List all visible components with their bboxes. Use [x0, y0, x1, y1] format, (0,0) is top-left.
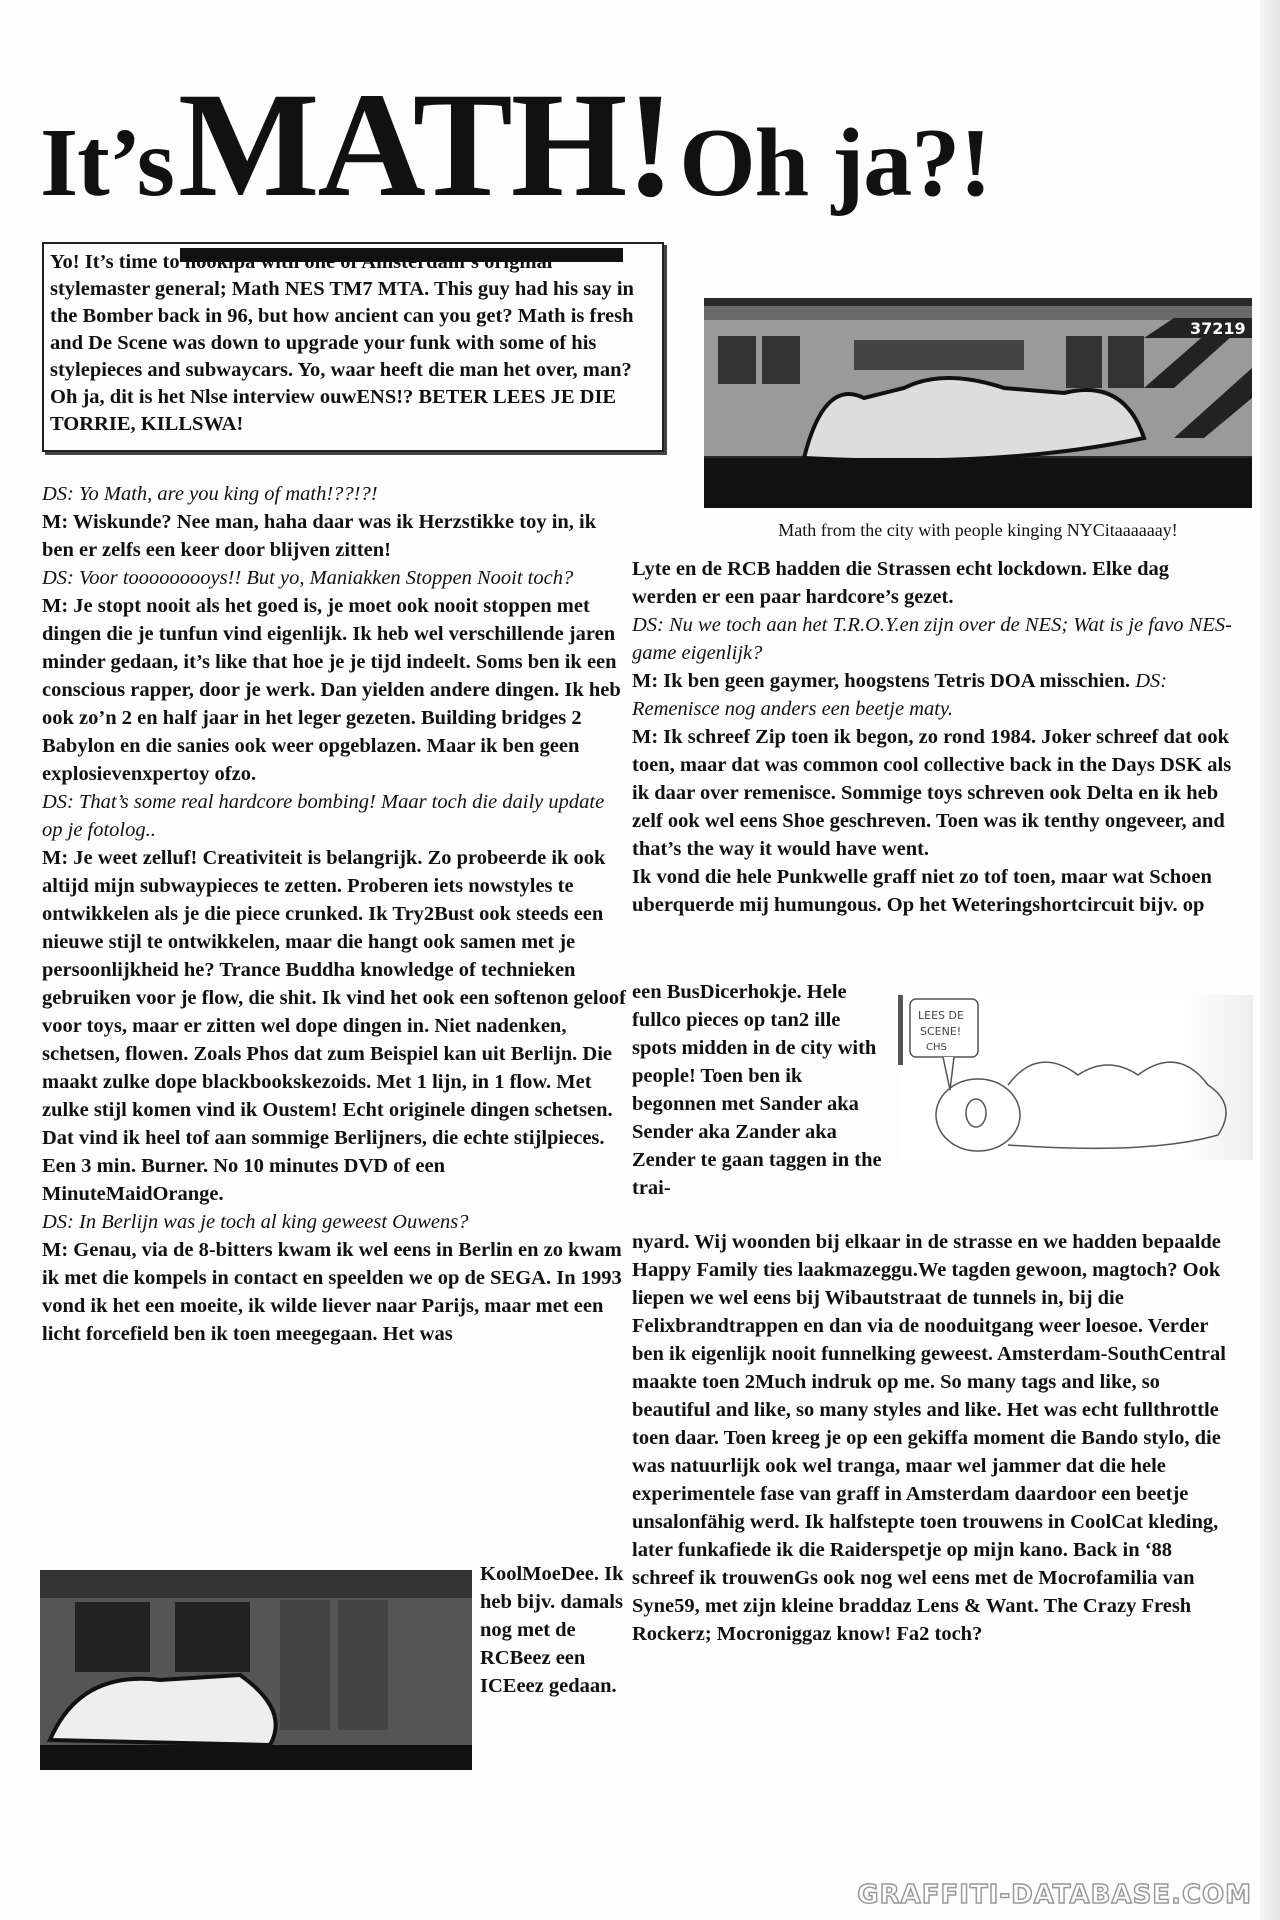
sketch-image: LEES DE SCENE! CHS [898, 995, 1253, 1160]
magazine-page: It’s MATH! Oh ja?! Yo! It’s time to hook… [0, 0, 1280, 1920]
right-column-bottom: nyard. Wij woonden bij elkaar in de stra… [632, 1228, 1237, 1648]
answer: M: Je weet zelluf! Creativiteit is belan… [42, 844, 627, 1208]
question: DS: Voor tooooooooys!! But yo, Maniakken… [42, 564, 627, 592]
right-column-top: Lyte en de RCB hadden die Strassen echt … [632, 555, 1237, 919]
answer: M: Wiskunde? Nee man, haha daar was ik H… [42, 508, 627, 564]
watermark: GRAFFITI-DATABASE.COM [857, 1880, 1252, 1910]
title-math-text: MATH [178, 62, 626, 228]
title-its: It’s [40, 109, 174, 217]
subway-car-graffiti-image: 37219 [704, 298, 1252, 508]
left-column: DS: Yo Math, are you king of math!??!?! … [42, 480, 627, 1348]
svg-text:LEES DE: LEES DE [918, 1009, 964, 1022]
question: DS: Nu we toch aan het T.R.O.Y.en zijn o… [632, 611, 1237, 667]
car-number: 37219 [1190, 319, 1246, 338]
answer-text: M: Ik ben geen gaymer, hoogstens Tetris … [632, 670, 1130, 692]
answer: Ik vond die hele Punkwelle graff niet zo… [632, 863, 1237, 919]
page-title: It’s MATH! Oh ja?! [40, 70, 991, 220]
intro-box: Yo! It’s time to hookipa with one of Ams… [42, 242, 664, 452]
answer: M: Je stopt nooit als het goed is, je mo… [42, 592, 627, 788]
question: DS: In Berlijn was je toch al king gewee… [42, 1208, 627, 1236]
answer: nyard. Wij woonden bij elkaar in de stra… [632, 1228, 1237, 1648]
answer: M: Genau, via de 8-bitters kwam ik wel e… [42, 1236, 627, 1348]
page-edge [1260, 0, 1280, 1920]
answer: M: Ik schreef Zip toen ik begon, zo rond… [632, 723, 1237, 863]
answer: Lyte en de RCB hadden die Strassen echt … [632, 555, 1237, 611]
photo-caption: Math from the city with people kinging N… [704, 520, 1252, 541]
right-wrap-text: een BusDicerhokje. Hele fullco pieces op… [632, 978, 887, 1202]
train-photo-berlin [40, 1570, 472, 1770]
question: DS: That’s some real hardcore bombing! M… [42, 788, 627, 844]
svg-text:SCENE!: SCENE! [920, 1025, 961, 1038]
title-bang: ! [625, 62, 675, 228]
svg-text:CHS: CHS [926, 1042, 947, 1053]
title-oh-ja: Oh ja?! [679, 109, 991, 217]
train-graffiti-image [40, 1570, 472, 1770]
train-photo-nyc: 37219 [704, 298, 1252, 508]
title-math: MATH [178, 70, 626, 220]
question: DS: Yo Math, are you king of math!??!?! [42, 480, 627, 508]
answer: M: Ik ben geen gaymer, hoogstens Tetris … [632, 667, 1237, 723]
blackbook-sketch: LEES DE SCENE! CHS [898, 995, 1253, 1160]
left-wrap-text: KoolMoeDee. Ik heb bijv. damals nog met … [480, 1560, 630, 1700]
